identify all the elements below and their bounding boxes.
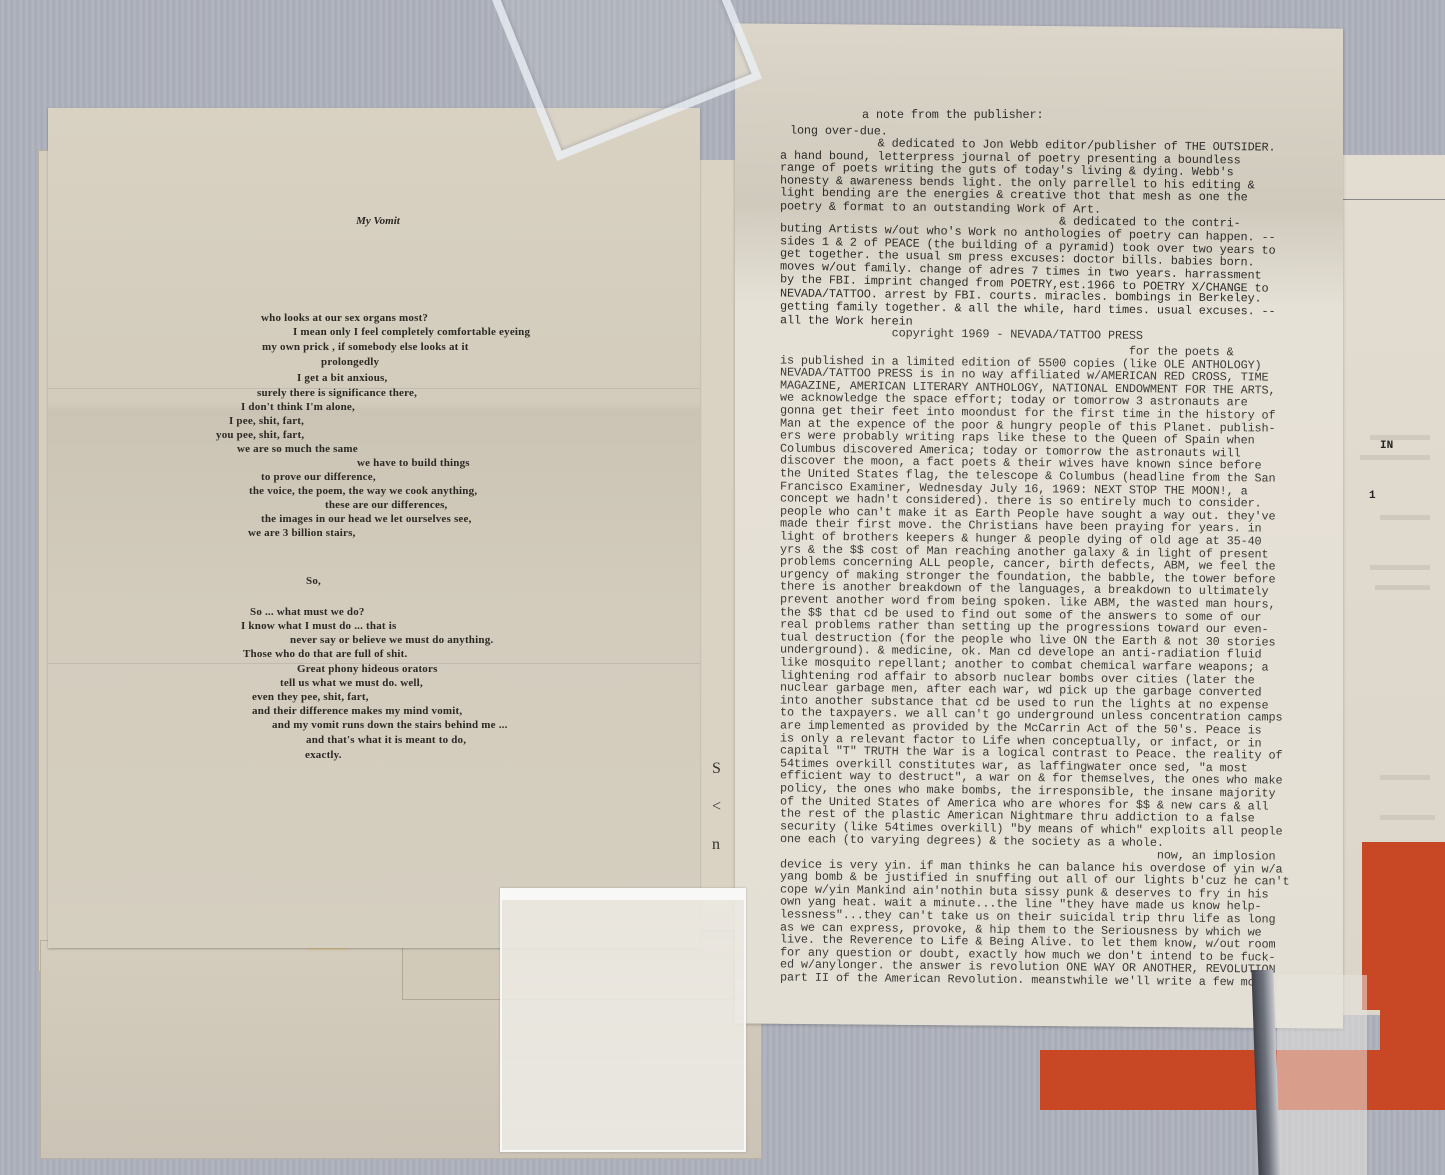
poem-line: we have to build things — [357, 457, 470, 469]
poem-line: who looks at our sex organs most? — [261, 312, 428, 324]
poem-line: and my vomit runs down the stairs behind… — [272, 719, 508, 731]
poem-line: So ... what must we do? — [250, 606, 365, 618]
poem-line: my own prick , if somebody else looks at… — [262, 341, 469, 353]
poem-line: the images in our head we let ourselves … — [261, 513, 472, 525]
background-page-fragment: 1 — [1369, 490, 1376, 502]
poem-line: prolongedly — [321, 356, 379, 368]
poem-line: we are so much the same — [237, 443, 358, 455]
poem-line: and that's what it is meant to do, — [306, 734, 466, 746]
poem-page: My Vomit — [48, 108, 700, 948]
acrylic-block — [500, 888, 746, 1152]
poem-line: tell us what we must do. well, — [280, 677, 423, 689]
poem-line: Great phony hideous orators — [297, 663, 438, 675]
poem-line: Those who do that are full of shit. — [243, 648, 407, 660]
poem-line: I pee, shit, fart, — [229, 415, 304, 427]
publisher-note-heading: a note from the publisher: — [862, 108, 1043, 122]
poem-line: I know what I must do ... that is — [241, 620, 396, 632]
middle-sheet-fragments: S < n — [712, 750, 732, 864]
poem-line: even they pee, shit, fart, — [252, 691, 369, 703]
poem-interlude: So, — [306, 575, 321, 587]
orange-cover-block — [1040, 1050, 1445, 1110]
orange-cover-block — [1362, 842, 1445, 1010]
poem-line: never say or believe we must do anything… — [290, 634, 493, 646]
poem-line: I get a bit anxious, — [297, 372, 388, 384]
poem-line: I mean only I feel completely comfortabl… — [293, 326, 530, 338]
poem-line: surely there is significance there, — [257, 387, 417, 399]
poem-line: we are 3 billion stairs, — [248, 527, 356, 539]
poem-line: these are our differences, — [325, 499, 448, 511]
poem-line: I don't think I'm alone, — [241, 401, 355, 413]
poem-line: exactly. — [305, 749, 342, 761]
background-page-fragment: IN — [1380, 440, 1393, 452]
poem-line: you pee, shit, fart, — [216, 429, 304, 441]
poem-line: to prove our difference, — [261, 471, 376, 483]
poem-line: and their difference makes my mind vomit… — [252, 705, 462, 717]
poem-line: the voice, the poem, the way we cook any… — [249, 485, 477, 497]
poem-title: My Vomit — [38, 215, 718, 227]
acrylic-block — [1277, 975, 1367, 1175]
